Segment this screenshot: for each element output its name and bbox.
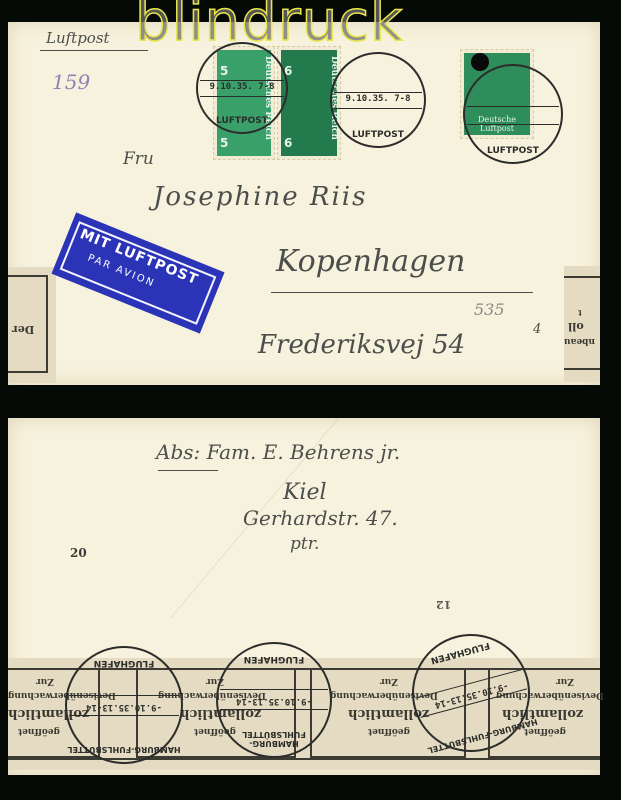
luftpost-note: Luftpost: [46, 29, 110, 47]
address-name: Josephine Riis: [153, 182, 367, 212]
note-underline: [40, 50, 148, 51]
sender-name: Abs: Fam. E. Behrens jr.: [156, 440, 400, 464]
postmark-kiel-2: 9.10.35. 7-8 LUFTPOST: [330, 52, 426, 148]
sender-note: ptr.: [290, 534, 319, 554]
postmark-hamburg-1: -9.10.35.13-14 HAMBURG-FUHLSBÜTTEL FLUGH…: [65, 646, 183, 764]
postmark-kiel-1: 9.10.35. 7-8 LUFTPOST: [196, 42, 288, 134]
address-salutation: Fru: [123, 149, 154, 169]
customs-tape-right: t oll nbeau: [564, 266, 600, 382]
sender-underline: [158, 470, 218, 471]
punch-hole: [471, 53, 489, 71]
address-city: Kopenhagen: [276, 244, 465, 279]
postmark-hamburg-2: -9.10.35.13-14 HAMBURG-FUHLSBÜTTEL FLUGH…: [216, 642, 332, 758]
pencil-note: 159: [52, 70, 90, 94]
envelope-back: Abs: Fam. E. Behrens jr. Kiel Gerhardstr…: [8, 418, 600, 775]
watermark: blindruck: [135, 0, 403, 50]
sender-street: Gerhardstr. 47.: [243, 506, 398, 530]
customs-tape-left: Der: [8, 267, 56, 383]
transit-mark-2: 12: [436, 598, 451, 611]
address-street: Frederiksvej 54: [258, 330, 465, 360]
postmark-kiel-3: LUFTPOST: [463, 64, 563, 164]
sender-city: Kiel: [283, 480, 327, 505]
envelope-front: Luftpost 159 5 5 Deutsches Reich 6 6 Deu…: [8, 22, 600, 385]
address-floor: 4: [533, 322, 541, 337]
address-note: 535: [474, 300, 505, 319]
city-underline: [271, 292, 533, 293]
transit-mark: 20: [70, 546, 87, 560]
